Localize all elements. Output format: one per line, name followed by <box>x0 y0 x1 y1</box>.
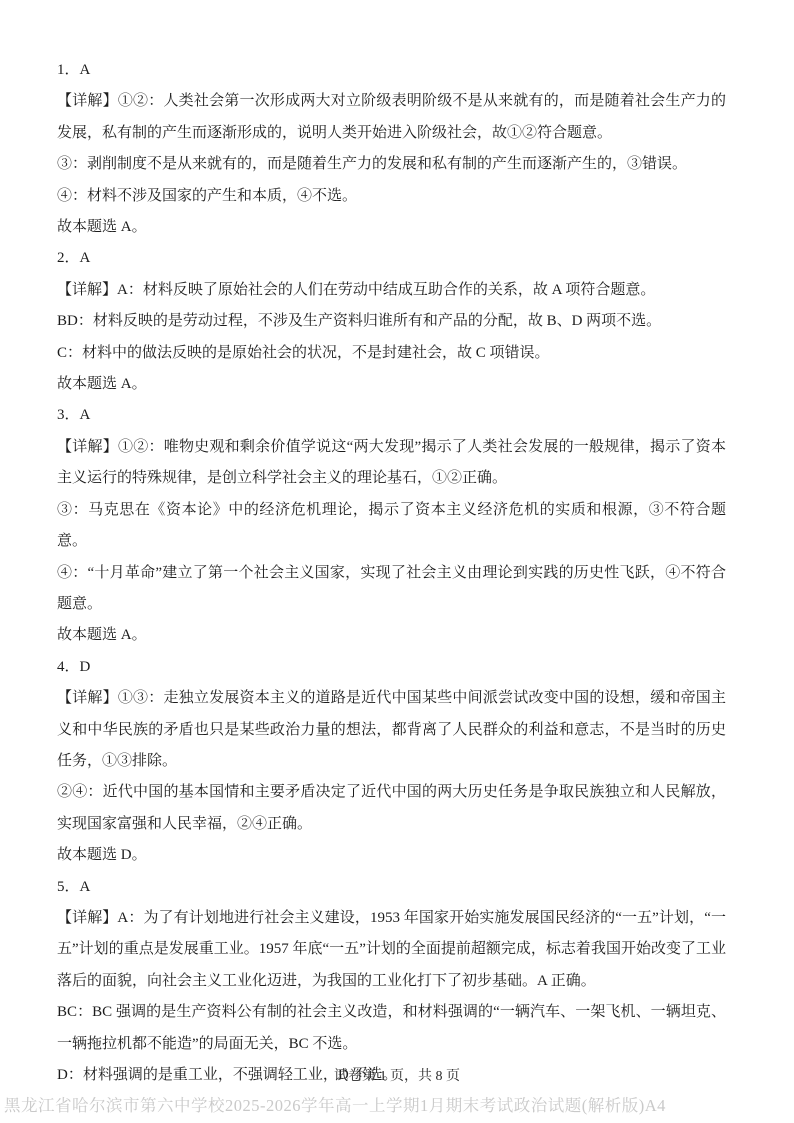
explanation-paragraph: ③：剥削制度不是从来就有的，而是随着生产力的发展和私有制的产生而逐渐产生的，③错… <box>57 149 726 180</box>
explanation-paragraph: 【详解】①②：唯物史观和剩余价值学说这“两大发现”揭示了人类社会发展的一般规律，… <box>57 432 726 495</box>
explanation-paragraph: ②④：近代中国的基本国情和主要矛盾决定了近代中国的两大历史任务是争取民族独立和人… <box>57 777 726 840</box>
answer-item-4: 4．D 【详解】①③：走独立发展资本主义的道路是近代中国某些中间派尝试改变中国的… <box>57 652 726 872</box>
explanation-paragraph: 【详解】①③：走独立发展资本主义的道路是近代中国某些中间派尝试改变中国的设想，缓… <box>57 683 726 777</box>
explanation-paragraph: 【详解】①②：人类社会第一次形成两大对立阶级表明阶级不是从来就有的，而是随着社会… <box>57 86 726 149</box>
document-title-watermark: 黑龙江省哈尔滨市第六中学校2025-2026学年高一上学期1月期末考试政治试题(… <box>4 1094 666 1118</box>
conclusion-paragraph: 故本题选 D。 <box>57 840 726 871</box>
answer-number: 5．A <box>57 872 726 903</box>
answer-number: 1．A <box>57 55 726 86</box>
conclusion-paragraph: 故本题选 A。 <box>57 620 726 651</box>
explanation-paragraph: 【详解】A：为了有计划地进行社会主义建设，1953 年国家开始实施发展国民经济的… <box>57 903 726 997</box>
explanation-paragraph: ③：马克思在《资本论》中的经济危机理论，揭示了资本主义经济危机的实质和根源，③不… <box>57 495 726 558</box>
answer-number: 3．A <box>57 400 726 431</box>
answer-item-3: 3．A 【详解】①②：唯物史观和剩余价值学说这“两大发现”揭示了人类社会发展的一… <box>57 400 726 651</box>
page-number-footer: 试卷第 1 页，共 8 页 <box>0 1066 794 1088</box>
explanation-paragraph: BD：材料反映的是劳动过程，不涉及生产资料归谁所有和产品的分配，故 B、D 两项… <box>57 306 726 337</box>
explanation-paragraph: ④：“十月革命”建立了第一个社会主义国家，实现了社会主义由理论到实践的历史性飞跃… <box>57 558 726 621</box>
answer-item-1: 1．A 【详解】①②：人类社会第一次形成两大对立阶级表明阶级不是从来就有的，而是… <box>57 55 726 243</box>
answer-number: 4．D <box>57 652 726 683</box>
conclusion-paragraph: 故本题选 A。 <box>57 212 726 243</box>
explanation-paragraph: BC：BC 强调的是生产资料公有制的社会主义改造，和材料强调的“一辆汽车、一架飞… <box>57 997 726 1060</box>
answer-item-2: 2．A 【详解】A：材料反映了原始社会的人们在劳动中结成互助合作的关系，故 A … <box>57 243 726 400</box>
answer-item-5: 5．A 【详解】A：为了有计划地进行社会主义建设，1953 年国家开始实施发展国… <box>57 872 726 1092</box>
answer-number: 2．A <box>57 243 726 274</box>
conclusion-paragraph: 故本题选 A。 <box>57 369 726 400</box>
explanation-paragraph: ④：材料不涉及国家的产生和本质，④不选。 <box>57 181 726 212</box>
explanation-paragraph: C：材料中的做法反映的是原始社会的状况，不是封建社会，故 C 项错误。 <box>57 338 726 369</box>
explanation-paragraph: 【详解】A：材料反映了原始社会的人们在劳动中结成互助合作的关系，故 A 项符合题… <box>57 275 726 306</box>
answers-content: 1．A 【详解】①②：人类社会第一次形成两大对立阶级表明阶级不是从来就有的，而是… <box>57 55 726 1091</box>
document-page: 1．A 【详解】①②：人类社会第一次形成两大对立阶级表明阶级不是从来就有的，而是… <box>0 0 794 1123</box>
